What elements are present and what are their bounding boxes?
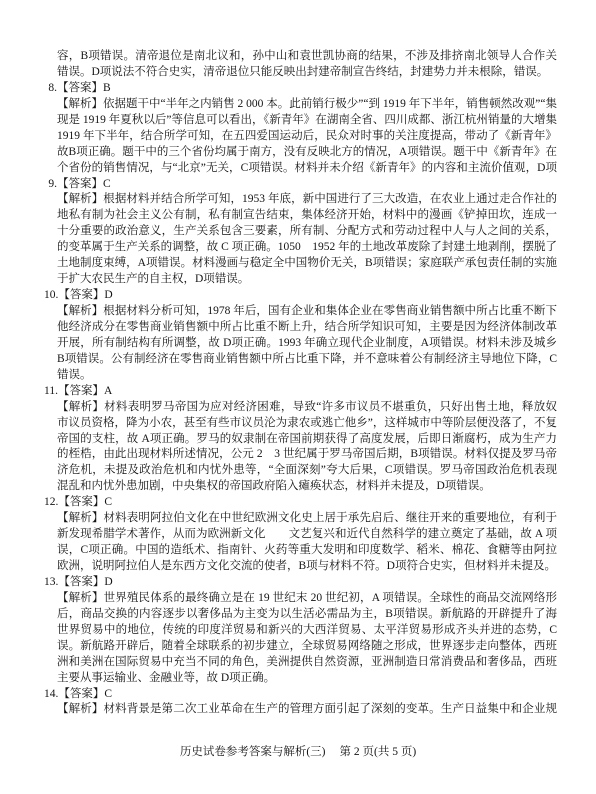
- answer-item-14: 14.【答案】C【解析】材料背景是第二次工业革命在生产的管理方面引起了深刻的变革…: [44, 687, 557, 719]
- answer-line-9: 9.【答案】C: [44, 177, 557, 193]
- item-number: 8.: [44, 81, 57, 97]
- analysis-line-8-3: 1919 年下半年，结合所学可知，在五四爱国运动后，民众对时事的关注度提高，带动…: [57, 129, 557, 145]
- answer-label: 【答案】C: [57, 177, 557, 193]
- analysis-line-13-1: 【解析】世界殖民体系的最终确立是在 19 世纪末 20 世纪初，A 项错误。全球…: [57, 591, 557, 607]
- item-number: 12.: [44, 495, 58, 511]
- answer-label: 【答案】A: [58, 384, 557, 400]
- answer-line-12: 12.【答案】C: [44, 495, 557, 511]
- analysis-line-9-4: 的变革属于生产关系的调整，故 C 项正确。1050 1952 年的土地改革废除了…: [57, 240, 557, 256]
- analysis-line-8-4: 故B项正确。题干中的三个省份均属于南方，没有反映北方的情况，A项错误。题干中《新…: [57, 145, 557, 161]
- document-page: 容，B项错误。清帝退位是南北议和，孙中山和袁世凯协商的结果，不涉及排挤南北领导人…: [0, 0, 596, 794]
- item-number: 10.: [44, 288, 58, 304]
- analysis-line-13-3: 世界贸易中的地位，传统的印度洋贸易和新兴的大西洋贸易、太平洋贸易形成齐头并进的态…: [57, 623, 557, 639]
- analysis-line-12-1: 【解析】材料表明阿拉伯文化在中世纪欧洲文化史上居于承先启后、继往开来的重要地位，…: [57, 511, 557, 527]
- answer-item-9: 9.【答案】C【解析】根据材料并结合所学可知，1953 年底，新中国进行了三大改…: [44, 177, 557, 289]
- item-number: 14.: [44, 687, 58, 703]
- analysis-line-12-2: 新发现希腊学术著作，从而为欧洲新文化 文艺复兴和近代自然科学的建立奠定了基础，故…: [57, 527, 557, 543]
- analysis-line-8-2: 现是 1919 年夏秋以后”等信息可以看出，《新青年》在湖南全省、四川成都、浙江…: [57, 113, 557, 129]
- analysis-line-13-2: 后，商品交换的内容逐步以奢侈品为主变为以生活必需品为主，B项错误。新航路的开辟提…: [57, 607, 557, 623]
- analysis-line-13-6: 主要从事运输业、金融业等，故 D项正确。: [57, 671, 557, 687]
- analysis-line-11-1: 【解析】材料表明罗马帝国为应对经济困难，导致“许多市议员不堪重负，只好出售土地，…: [57, 400, 557, 416]
- answer-line-14: 14.【答案】C: [44, 687, 557, 703]
- answer-line-11: 11.【答案】A: [44, 384, 557, 400]
- answer-label: 【答案】C: [58, 687, 557, 703]
- answer-label: 【答案】B: [57, 81, 557, 97]
- analysis-line-12-3: 误，C项正确。中国的造纸术、指南针、火药等重大发明和印度数学、稻米、棉花、食糖等…: [57, 543, 557, 559]
- answer-item-13: 13.【答案】D【解析】世界殖民体系的最终确立是在 19 世纪末 20 世纪初，…: [44, 575, 557, 687]
- answer-key-content: 容，B项错误。清帝退位是南北议和，孙中山和袁世凯协商的结果，不涉及排挤南北领导人…: [44, 49, 557, 718]
- analysis-line-9-3: 十分重要的政治意义，生产关系包含三要素，所有制、分配方式和劳动过程中人与人之间的…: [57, 224, 557, 240]
- analysis-line-10-3: 开展，所有制结构有所调整，故 D项正确。1993 年确立现代企业制度，A项错误。…: [57, 336, 557, 352]
- analysis-line-9-6: 于扩大农民生产的自主权，D项错误。: [57, 272, 557, 288]
- analysis-line-10-4: B项错误。公有制经济在零售商业销售额中所占比重下降，并不意味着公有制经济主导地位…: [57, 352, 557, 368]
- item-number: 13.: [44, 575, 58, 591]
- answer-label: 【答案】D: [58, 288, 557, 304]
- answer-item-12: 12.【答案】C【解析】材料表明阿拉伯文化在中世纪欧洲文化史上居于承先启后、继往…: [44, 495, 557, 575]
- analysis-line-11-5: 济危机，未提及政治危机和内忧外患等，“全面深刻”夸大后果，C项错误。罗马帝国政治…: [57, 463, 557, 479]
- answer-item-10: 10.【答案】D【解析】根据材料分析可知，1978 年后，国有企业和集体企业在零…: [44, 288, 557, 384]
- answer-label: 【答案】C: [58, 495, 557, 511]
- answer-item-8: 8.【答案】B【解析】依据题干中“半年之内销售 2 000 本。此前销行极少”“…: [44, 81, 557, 177]
- page-footer: 历史试卷参考答案与解析(三)第 2 页(共 5 页): [0, 745, 596, 760]
- answer-item-11: 11.【答案】A【解析】材料表明罗马帝国为应对经济困难，导致“许多市议员不堪重负…: [44, 384, 557, 496]
- analysis-line-12-4: 欧洲，说明阿拉伯人是东西方文化交流的使者，B项与材料不符。D项符合史实，但材料并…: [57, 559, 557, 575]
- analysis-line-9-2: 地私有制为社会主义公有制，私有制宣告结束，集体经济开始，材料中的漫画《铲掉田坎，…: [57, 208, 557, 224]
- analysis-line-11-2: 市议员资格，降为小农，甚至有些市议员沦为隶农或逃亡他乡”，这样城市中等阶层便没落…: [57, 416, 557, 432]
- carryover-line-1: 容，B项错误。清帝退位是南北议和，孙中山和袁世凯协商的结果，不涉及排挤南北领导人…: [57, 49, 557, 65]
- item-number: 11.: [44, 384, 58, 400]
- analysis-line-10-1: 【解析】根据材料分析可知，1978 年后，国有企业和集体企业在零售商业销售额中所…: [57, 304, 557, 320]
- analysis-line-10-5: 错误。: [57, 368, 557, 384]
- analysis-line-8-1: 【解析】依据题干中“半年之内销售 2 000 本。此前销行极少”“到 1919 …: [57, 97, 557, 113]
- analysis-line-13-5: 洲和美洲在国际贸易中充当不同的角色，美洲提供自然资源，亚洲制造日常消费品和奢侈品…: [57, 655, 557, 671]
- footer-page-number: 第 2 页(共 5 页): [340, 746, 417, 758]
- analysis-line-9-5: 土地制度束缚，A项错误。材料漫画与稳定全中国物价无关，B项错误；家庭联产承包责任…: [57, 256, 557, 272]
- analysis-line-11-4: 的桎梏，由此出现材料所述情况，公元 2 3 世纪属于罗马帝国后期，B项错误。材料…: [57, 447, 557, 463]
- carryover-line-2: 错误。D项说法不符合史实，清帝退位只能反映出封建帝制宣告终结，封建势力并未根除，…: [57, 65, 557, 81]
- footer-title: 历史试卷参考答案与解析(三): [180, 746, 326, 758]
- analysis-line-14-1: 【解析】材料背景是第二次工业革命在生产的管理方面引起了深刻的变革。生产日益集中和…: [57, 702, 557, 718]
- answer-label: 【答案】D: [58, 575, 557, 591]
- answer-line-10: 10.【答案】D: [44, 288, 557, 304]
- analysis-line-8-5: 个省份的销售情况，与“北京”无关，C项错误。材料并未介绍《新青年》的内容和主流价…: [57, 161, 557, 177]
- analysis-line-10-2: 他经济成分在零售商业销售额中所占比重不断上升，结合所学知识可知，主要是因为经济体…: [57, 320, 557, 336]
- analysis-line-13-4: 误。新航路开辟后，随着全球联系的初步建立，全球贸易网络随之形成，世界逐步走向整体…: [57, 639, 557, 655]
- item-number: 9.: [44, 177, 57, 193]
- analysis-line-9-1: 【解析】根据材料并结合所学可知，1953 年底，新中国进行了三大改造，在农业上通…: [57, 192, 557, 208]
- answer-line-13: 13.【答案】D: [44, 575, 557, 591]
- analysis-line-11-6: 混乱和内忧外患加剧，中央集权的帝国政府陷入瘫痪状态，材料并未提及，D项错误。: [57, 479, 557, 495]
- answer-line-8: 8.【答案】B: [44, 81, 557, 97]
- analysis-line-11-3: 帝国的支柱，故 A项正确。罗马的奴隶制在帝国前期获得了高度发展，后即日渐腐朽，成…: [57, 432, 557, 448]
